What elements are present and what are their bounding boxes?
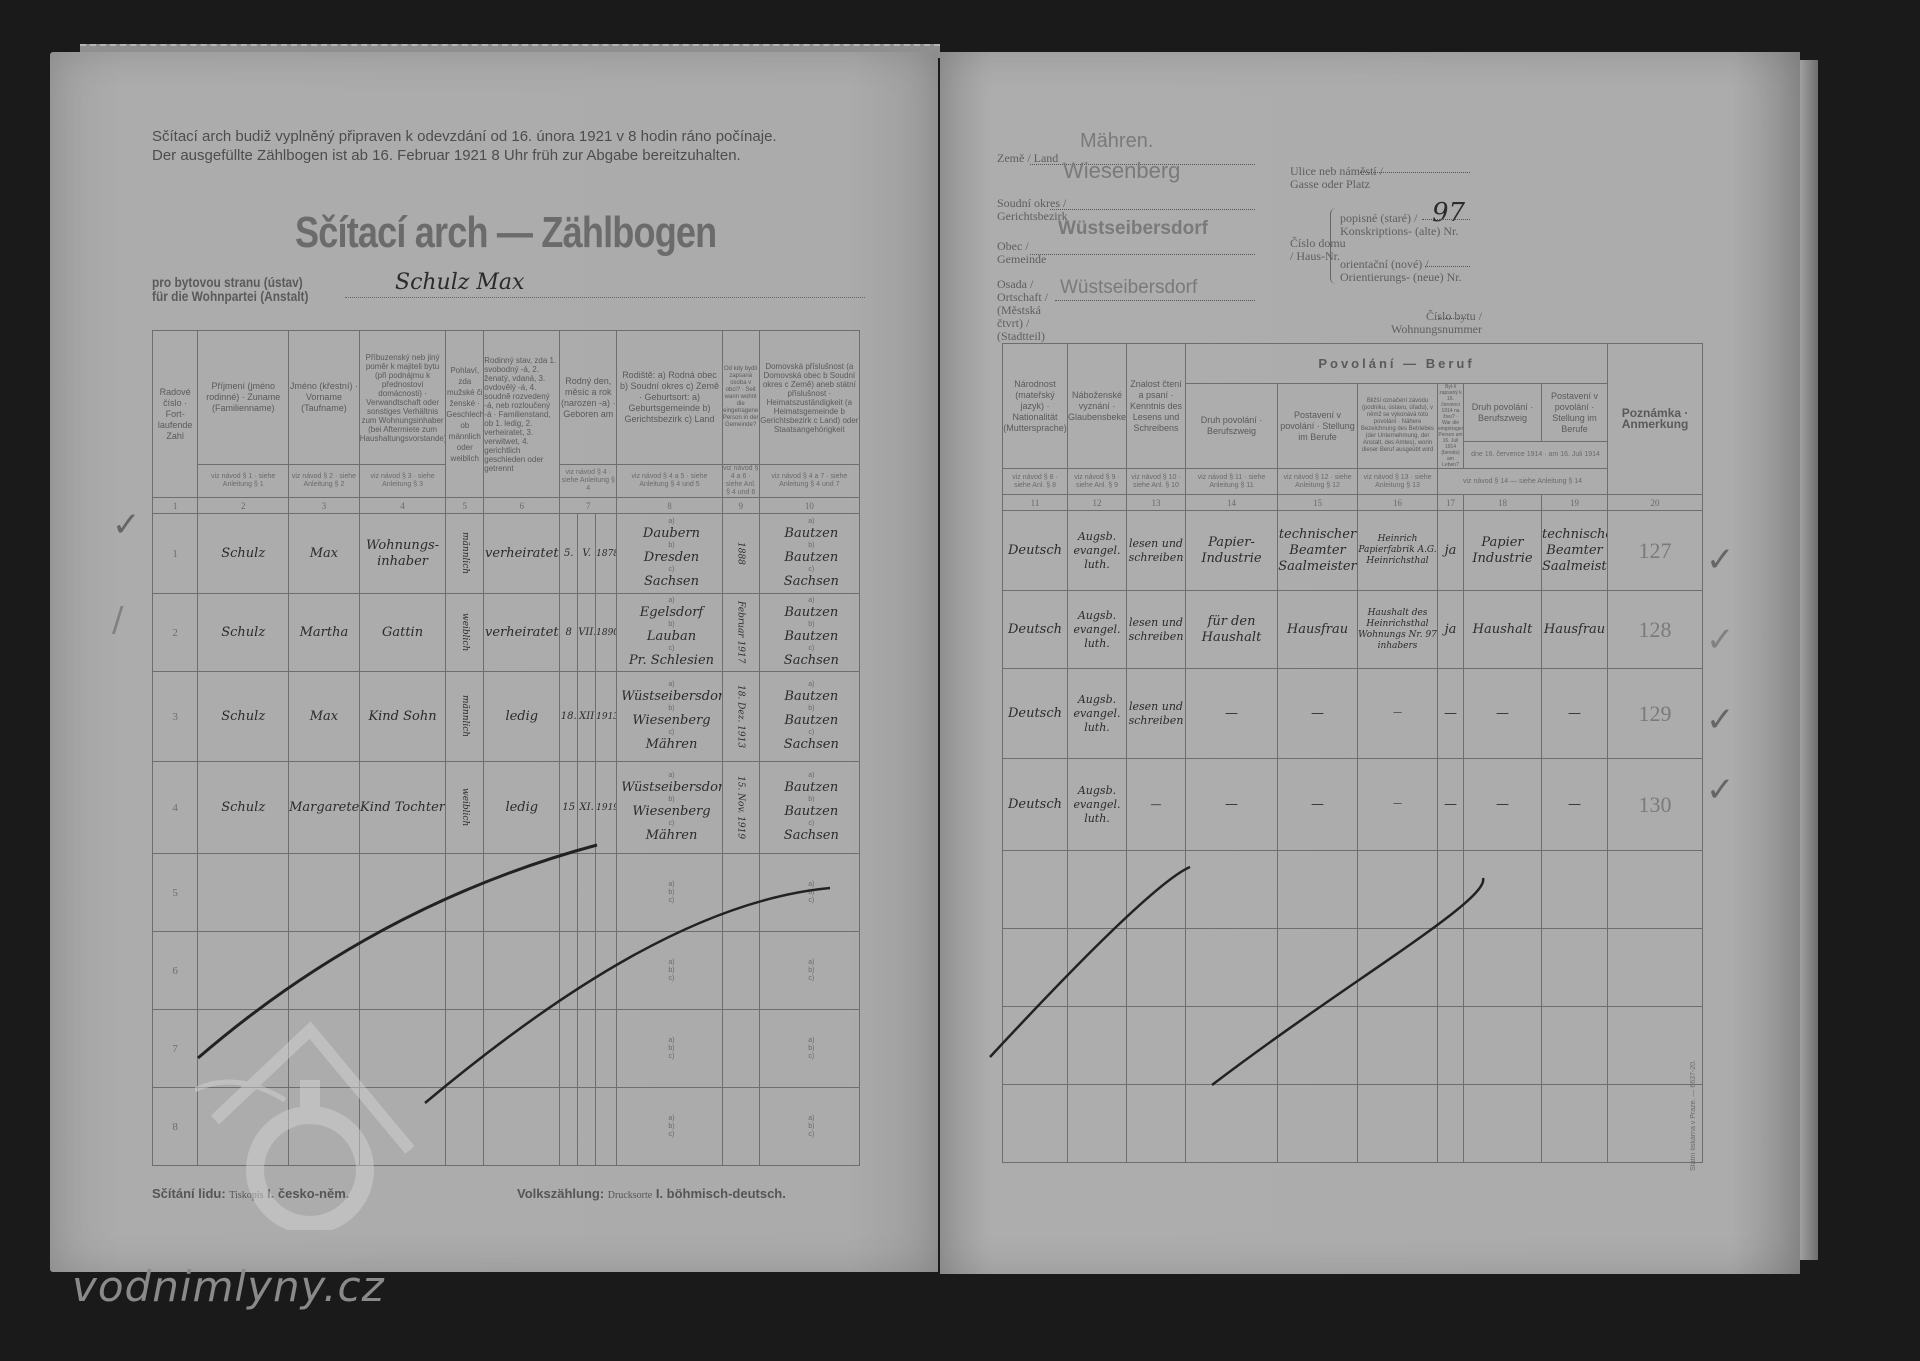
col-no: 4 [359, 498, 446, 514]
col-header-18: Druh povolání · Berufszweig [1464, 384, 1542, 442]
sex-cell: männlich [446, 672, 484, 762]
street-label: Ulice neb náměstí / Gasse oder Platz [1290, 165, 1400, 191]
birth-month-cell: XII [578, 672, 596, 762]
home-2: Sachsen [764, 653, 859, 669]
nationality-cell [1003, 851, 1068, 929]
instruction-cz: Sčítací arch budiž vyplněný připraven k … [152, 127, 777, 146]
alive-1914-cell: — [1438, 669, 1464, 759]
birth-month-cell [578, 854, 596, 932]
surname-cell [198, 854, 289, 932]
home-2: Sachsen [764, 828, 859, 844]
occupation-cell [1186, 929, 1278, 1007]
row-number: 8 [153, 1088, 198, 1166]
birth-day-cell [560, 1088, 578, 1166]
municipality-line [1030, 254, 1255, 255]
nationality-cell: Deutsch [1003, 669, 1068, 759]
first-name-cell: Martha [289, 594, 360, 672]
sex-cell [446, 932, 484, 1010]
column-number-row: 1 2 3 4 5 6 7 8 9 10 [153, 498, 860, 514]
first-name-cell: Margarete [289, 762, 360, 854]
birth-year-cell [596, 854, 617, 932]
row-number: 1 [153, 514, 198, 594]
surname-cell: Schulz [198, 672, 289, 762]
abc-label: a) [621, 1115, 722, 1123]
home-1: Bautzen [764, 713, 859, 729]
row-number: 3 [153, 672, 198, 762]
home-cell: a) b) c) [759, 854, 859, 932]
surname-cell: Schulz [198, 762, 289, 854]
position-1914-cell [1542, 851, 1608, 929]
birth-year-cell [596, 932, 617, 1010]
header-row-1: Národnost (mateřský jazyk) · Nationalitä… [1003, 344, 1703, 384]
header-row: Radové číslo · Fort­laufende Zahl Příjme… [153, 331, 860, 465]
occupation-1914-cell: Haushalt [1464, 591, 1542, 669]
nationality-cell: Deutsch [1003, 759, 1068, 851]
home-cell: a) b) c) [759, 1010, 859, 1088]
birth-cell: a) Egelsdorfb) Laubanc) Pr. Schlesien [617, 594, 723, 672]
row-number: 2 [153, 594, 198, 672]
birth-year-cell: 1919 [596, 762, 617, 854]
occupation-1914-cell: — [1464, 759, 1542, 851]
col-no: 1 [153, 498, 198, 514]
municipality-label: Obec / Gemeinde [997, 240, 1057, 266]
alive-1914-cell [1438, 851, 1464, 929]
check-mark-icon: / [112, 600, 123, 640]
home-cell: a) b) c) [759, 1088, 859, 1166]
occupation-cell [1186, 1085, 1278, 1163]
col-no: 12 [1068, 495, 1127, 511]
instruction-de: Der ausgefüllte Zählbogen ist ab 16. Feb… [152, 146, 777, 165]
alive-1914-cell [1438, 929, 1464, 1007]
district-line [1050, 209, 1255, 210]
marital-status-cell [484, 854, 560, 932]
flat-label: Číslo bytu / Wohnungsnummer [1372, 310, 1482, 336]
abc-label: c) [621, 566, 722, 574]
relation-cell: Kind Sohn [359, 672, 446, 762]
abc-label: b) [621, 705, 722, 713]
abc-label: a) [621, 597, 722, 605]
col-header-3: Jméno (křestní) · Vorname (Taufname) [289, 331, 360, 465]
district-stamp: Wiesenberg [1063, 158, 1180, 184]
birth-year-cell: 1878 [596, 514, 617, 594]
birth-year-cell [596, 1010, 617, 1088]
literacy-cell: lesen und schreiben [1127, 511, 1186, 591]
religion-cell: Augsb. evangel. luth. [1068, 591, 1127, 669]
settlement-label: Osada / Ortschaft / (Městská čtvrt) / (S… [997, 278, 1067, 343]
col-header-19: Postavení v povolání · Stellung im Beruf… [1542, 384, 1608, 442]
residence-since-cell [722, 854, 759, 932]
col-no: 8 [617, 498, 723, 514]
watermill-logo-icon [195, 970, 425, 1230]
abc-label: c) [764, 1131, 859, 1139]
check-mark-icon: ✓ [1706, 700, 1735, 740]
literacy-cell [1127, 851, 1186, 929]
col-header-11: Národnost (mateřský jazyk) · Nationalitä… [1003, 344, 1068, 469]
birth-1: Wiesenberg [621, 713, 722, 729]
land-stamp: Mähren. [1080, 130, 1153, 153]
col-no: 10 [759, 498, 859, 514]
col-header-4: Příbuzenský neb jiný poměr k majiteli by… [359, 331, 446, 465]
col-no: 11 [1003, 495, 1068, 511]
settlement-stamp: Wüstseibersdorf [1060, 277, 1197, 299]
religion-cell: Augsb. evangel. luth. [1068, 669, 1127, 759]
residence-since-cell: 18. Dez. 1913 [722, 672, 759, 762]
birth-month-cell: VII. [578, 594, 596, 672]
home-cell: a) Bautzenb) Bautzenc) Sachsen [759, 762, 859, 854]
birth-cell: a) Wüstseibersdorfb) Wiesenbergc) Mähren [617, 762, 723, 854]
relation-cell: Gattin [359, 594, 446, 672]
instruction-text: Sčítací arch budiž vyplněný připraven k … [152, 127, 777, 165]
home-cell: a) b) c) [759, 932, 859, 1010]
occupation-cell: — [1186, 669, 1278, 759]
table-row: DeutschAugsb. evangel. luth.lesen und sc… [1003, 591, 1703, 669]
col-no: 19 [1542, 495, 1608, 511]
note-cell [1608, 851, 1703, 929]
home-0: Bautzen [764, 605, 859, 621]
table-row: DeutschAugsb. evangel. luth.lesen und sc… [1003, 669, 1703, 759]
abc-label: b) [764, 1045, 859, 1053]
residence-since-cell: Februar 1917 [722, 594, 759, 672]
literacy-cell: lesen und schreiben [1127, 669, 1186, 759]
abc-label: a) [621, 959, 722, 967]
abc-label: c) [764, 820, 859, 828]
abc-label: b) [621, 1045, 722, 1053]
col-ref-12: viz návod § 9 · siehe Anl. § 9 [1068, 469, 1127, 495]
occupation-cell: für den Haushalt [1186, 591, 1278, 669]
census-table-right: Národnost (mateřský jazyk) · Nationalitä… [1002, 343, 1703, 1163]
abc-label: c) [764, 975, 859, 983]
literacy-cell: — [1127, 759, 1186, 851]
birth-cell: a) b) c) [617, 1010, 723, 1088]
row-number: 4 [153, 762, 198, 854]
date-1914: dne 16. července 1914 · am 16. Juli 1914 [1464, 442, 1608, 469]
occupation-1914-cell [1464, 1007, 1542, 1085]
birth-cell: a) Wüstseibersdorfb) Wiesenbergc) Mähren [617, 672, 723, 762]
abc-label: a) [764, 1037, 859, 1045]
house-brace [1330, 208, 1337, 284]
col-ref-4: viz návod § 3 · siehe Anleitung § 3 [359, 465, 446, 498]
col-ref-11: viz návod § 8 · siehe Anl. § 8 [1003, 469, 1068, 495]
col-no: 20 [1608, 495, 1703, 511]
col-ref-7: viz návod § 4 · siehe Anleitung § 4 [560, 465, 617, 498]
birth-2: Pr. Schlesien [621, 653, 722, 669]
abc-label: c) [621, 897, 722, 905]
abc-label: a) [764, 772, 859, 780]
religion-cell: Augsb. evangel. luth. [1068, 511, 1127, 591]
literacy-cell [1127, 929, 1186, 1007]
col-no: 17 [1438, 495, 1464, 511]
table-row: DeutschAugsb. evangel. luth.———————130 [1003, 759, 1703, 851]
birth-0: Daubern [621, 526, 722, 542]
flat-line [1438, 318, 1468, 319]
religion-cell [1068, 929, 1127, 1007]
birth-month-cell [578, 1010, 596, 1088]
company-cell [1358, 1085, 1438, 1163]
abc-label: b) [621, 542, 722, 550]
alive-1914-cell: ja [1438, 511, 1464, 591]
col-ref-13: viz návod § 10 · siehe Anl. § 10 [1127, 469, 1186, 495]
abc-label: c) [764, 1053, 859, 1061]
table-row [1003, 1007, 1703, 1085]
home-cell: a) Bautzenb) Bautzenc) Sachsen [759, 514, 859, 594]
form-title: Sčítací arch — Zählbogen [295, 208, 716, 258]
abc-label: a) [621, 1037, 722, 1045]
birth-day-cell: 8 [560, 594, 578, 672]
abc-label: c) [621, 1131, 722, 1139]
col-ref-15: viz návod § 12 · siehe Anleitung § 12 [1278, 469, 1358, 495]
abc-label: a) [764, 881, 859, 889]
position-1914-cell [1542, 1007, 1608, 1085]
literacy-cell [1127, 1085, 1186, 1163]
footer-de-small: Drucksorte [608, 1190, 652, 1201]
abc-label: c) [621, 975, 722, 983]
marital-status-cell: ledig [484, 672, 560, 762]
col-header-20: Poznámka · Anmerkung [1608, 344, 1703, 495]
company-cell: Haushalt des Heinrichsthal Wohnungs Nr. … [1358, 591, 1438, 669]
occupation-1914-cell [1464, 1085, 1542, 1163]
marital-status-cell: ledig [484, 762, 560, 854]
col-header-10: Domovská příslušnost (a Domovská obec b … [759, 331, 859, 465]
abc-label: a) [621, 518, 722, 526]
party-label: pro bytovou stranu (ústav) für die Wohnp… [152, 275, 308, 303]
abc-label: b) [764, 1123, 859, 1131]
abc-label: b) [621, 1123, 722, 1131]
position-cell [1278, 851, 1358, 929]
col-header-9: Od kdy bydlí zapsaná osoba v obci? · Sei… [722, 331, 759, 465]
check-mark-icon: ✓ [112, 505, 141, 545]
col-ref-14: viz návod § 11 · siehe Anleitung § 11 [1186, 469, 1278, 495]
table-row: 4SchulzMargareteKind Tochterweiblichledi… [153, 762, 860, 854]
residence-since-cell [722, 932, 759, 1010]
birth-day-cell [560, 932, 578, 1010]
nationality-cell [1003, 929, 1068, 1007]
birth-1: Dresden [621, 550, 722, 566]
abc-label: c) [621, 1053, 722, 1061]
birth-month-cell [578, 1088, 596, 1166]
table-row: 5a) b) c) a) b) c) [153, 854, 860, 932]
col-no: 2 [198, 498, 289, 514]
conscription-label: popisné (staré) / Konskriptions- (alte) … [1340, 212, 1490, 238]
sex-cell: weiblich [446, 762, 484, 854]
position-1914-cell [1542, 929, 1608, 1007]
nationality-cell [1003, 1007, 1068, 1085]
home-1: Bautzen [764, 550, 859, 566]
birth-month-cell: V. [578, 514, 596, 594]
col-no: 15 [1278, 495, 1358, 511]
home-0: Bautzen [764, 689, 859, 705]
table-row [1003, 1085, 1703, 1163]
relation-cell: Kind Tochter [359, 762, 446, 854]
col-no: 13 [1127, 495, 1186, 511]
birth-year-cell: 1913 [596, 672, 617, 762]
table-row [1003, 851, 1703, 929]
position-1914-cell [1542, 1085, 1608, 1163]
abc-label: b) [621, 967, 722, 975]
abc-label: c) [621, 820, 722, 828]
residence-since-cell: 15. Nov. 1919 [722, 762, 759, 854]
sex-cell: männlich [446, 514, 484, 594]
row-number: 6 [153, 932, 198, 1010]
sex-cell [446, 854, 484, 932]
company-cell: — [1358, 759, 1438, 851]
home-2: Sachsen [764, 574, 859, 590]
birth-month-cell [578, 932, 596, 1010]
home-1: Bautzen [764, 629, 859, 645]
position-1914-cell: — [1542, 669, 1608, 759]
col-no: 16 [1358, 495, 1438, 511]
col-no: 18 [1464, 495, 1542, 511]
abc-label: a) [764, 681, 859, 689]
col-no: 9 [722, 498, 759, 514]
literacy-cell: lesen und schreiben [1127, 591, 1186, 669]
marital-status-cell [484, 1088, 560, 1166]
column-number-row: 11 12 13 14 15 16 17 18 19 20 [1003, 495, 1703, 511]
alive-1914-cell [1438, 1007, 1464, 1085]
birth-cell: a) b) c) [617, 854, 723, 932]
occupation-1914-cell: Papier Industrie [1464, 511, 1542, 591]
abc-label: c) [621, 645, 722, 653]
row-number: 5 [153, 854, 198, 932]
note-cell: 127 [1608, 511, 1703, 591]
birth-year-cell [596, 1088, 617, 1166]
footer-de-form: I. böhmisch-deutsch. [656, 1186, 786, 1201]
conscription-value: 97 [1432, 198, 1465, 228]
birth-2: Mähren [621, 737, 722, 753]
company-cell [1358, 851, 1438, 929]
birth-day-cell: 18. [560, 672, 578, 762]
position-1914-cell: Hausfrau [1542, 591, 1608, 669]
home-1: Bautzen [764, 804, 859, 820]
conscription-line [1422, 219, 1470, 220]
abc-label: c) [621, 729, 722, 737]
residence-since-cell [722, 1088, 759, 1166]
birth-cell: a) b) c) [617, 932, 723, 1010]
orientation-line [1425, 266, 1470, 267]
position-cell: technischer Beamter Saalmeister [1278, 511, 1358, 591]
table-row: 1SchulzMaxWohnungs­inhabermännlichverhei… [153, 514, 860, 594]
home-0: Bautzen [764, 526, 859, 542]
company-cell: — [1358, 669, 1438, 759]
note-cell [1608, 1007, 1703, 1085]
col-header-2: Příjmení (jméno rodinné) · Zuname (Famil… [198, 331, 289, 465]
reference-row: viz návod § 8 · siehe Anl. § 8 viz návod… [1003, 469, 1703, 495]
occupation-1914-cell: — [1464, 669, 1542, 759]
abc-label: a) [764, 597, 859, 605]
footer-de-label: Volkszählung: [517, 1186, 604, 1201]
surname-cell: Schulz [198, 594, 289, 672]
abc-label: c) [764, 645, 859, 653]
orientation-label: orientační (nové) / Orientierungs- (neue… [1340, 258, 1490, 284]
birth-day-cell: 5. [560, 514, 578, 594]
birth-cell: a) b) c) [617, 1088, 723, 1166]
abc-label: b) [764, 621, 859, 629]
check-mark-icon: ✓ [1706, 620, 1735, 660]
position-cell: Hausfrau [1278, 591, 1358, 669]
abc-label: c) [764, 566, 859, 574]
abc-label: b) [621, 621, 722, 629]
col-header-13: Znalost čtení a psaní · Kenntnis des Les… [1127, 344, 1186, 469]
note-cell: 129 [1608, 669, 1703, 759]
occupation-cell [1186, 851, 1278, 929]
home-cell: a) Bautzenb) Bautzenc) Sachsen [759, 594, 859, 672]
birth-0: Wüstseibersdorf [621, 780, 722, 796]
birth-cell: a) Daubernb) Dresdenc) Sachsen [617, 514, 723, 594]
birth-day-cell: 15 [560, 762, 578, 854]
birth-1: Wiesenberg [621, 804, 722, 820]
religion-cell [1068, 851, 1127, 929]
abc-label: c) [764, 897, 859, 905]
col-header-8: Rodiště: a) Rodná obec b) Soudní okres c… [617, 331, 723, 465]
abc-label: c) [764, 729, 859, 737]
col-no: 6 [484, 498, 560, 514]
surname-cell: Schulz [198, 514, 289, 594]
note-cell: 128 [1608, 591, 1703, 669]
col-header-5: Pohlaví, zda mužské či ženské · Geschlec… [446, 331, 484, 498]
birth-day-cell [560, 854, 578, 932]
position-cell [1278, 1007, 1358, 1085]
position-1914-cell: — [1542, 759, 1608, 851]
check-mark-icon: ✓ [1706, 540, 1735, 580]
marital-status-cell [484, 932, 560, 1010]
table-row: 3SchulzMaxKind Sohnmännlichledig18.XII19… [153, 672, 860, 762]
first-name-cell [289, 854, 360, 932]
sex-cell: weiblich [446, 594, 484, 672]
company-cell [1358, 1007, 1438, 1085]
col-header-6: Rodinný stav, zda 1. svobodný -á, 2. žen… [484, 331, 560, 498]
abc-label: b) [764, 542, 859, 550]
table-row: 2SchulzMarthaGattinweiblichverheiratet8V… [153, 594, 860, 672]
col-ref-16: viz návod § 13 · siehe Anleitung § 13 [1358, 469, 1438, 495]
relation-cell [359, 854, 446, 932]
col-header-12: Náboženské vyznání · Glaubensbekenntnis [1068, 344, 1127, 469]
occupation-cell: Papier-Industrie [1186, 511, 1278, 591]
note-cell [1608, 929, 1703, 1007]
col-ref-2: viz návod § 1 · siehe Anleitung § 1 [198, 465, 289, 498]
page-stack-right-edge [1800, 60, 1818, 1260]
abc-label: b) [764, 796, 859, 804]
marital-status-cell: verheiratet [484, 514, 560, 594]
abc-label: b) [764, 889, 859, 897]
footer-de: Volkszählung: Drucksorte I. böhmisch-deu… [517, 1186, 786, 1201]
abc-label: a) [764, 518, 859, 526]
col-header-7: Rodný den, měsíc a rok (narozen -a) · Ge… [560, 331, 617, 465]
position-1914-cell: technischer Beamter Saalmeister [1542, 511, 1608, 591]
group-header-occupation: Povolání — Beruf [1186, 344, 1608, 384]
occupation-cell: — [1186, 759, 1278, 851]
alive-1914-cell [1438, 1085, 1464, 1163]
nationality-cell: Deutsch [1003, 511, 1068, 591]
col-no: 5 [446, 498, 484, 514]
municipality-stamp: Wüstseibersdorf [1058, 218, 1208, 240]
note-cell [1608, 1085, 1703, 1163]
abc-label: a) [621, 681, 722, 689]
note-cell: 130 [1608, 759, 1703, 851]
birth-day-cell [560, 1010, 578, 1088]
birth-1: Lauban [621, 629, 722, 645]
col-ref-17-19: viz návod § 14 — siehe Anleitung § 14 [1438, 469, 1608, 495]
alive-1914-cell: — [1438, 759, 1464, 851]
position-cell [1278, 929, 1358, 1007]
col-no: 14 [1186, 495, 1278, 511]
residence-since-cell: 1888 [722, 514, 759, 594]
abc-label: a) [621, 772, 722, 780]
sex-cell [446, 1010, 484, 1088]
company-cell [1358, 929, 1438, 1007]
birth-2: Mähren [621, 828, 722, 844]
col-ref-8: viz návod § 4 a 5 · siehe Anleitung § 4 … [617, 465, 723, 498]
sex-cell [446, 1088, 484, 1166]
table-row: DeutschAugsb. evangel. luth.lesen und sc… [1003, 511, 1703, 591]
